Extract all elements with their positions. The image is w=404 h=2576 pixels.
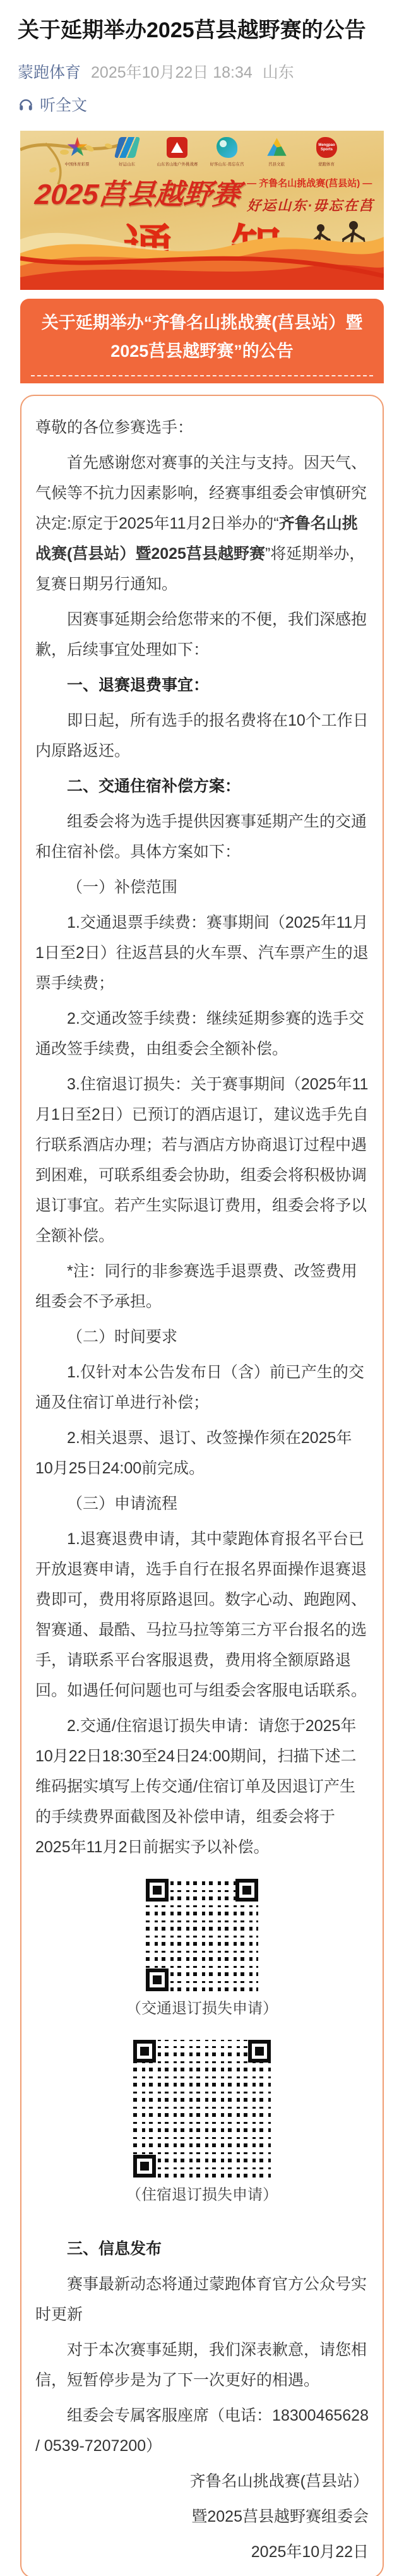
announcement-title-line1: 关于延期举办“齐鲁名山挑战赛(莒县站）暨 xyxy=(29,309,375,337)
article-title: 关于延期举办2025莒县越野赛的公告 xyxy=(18,15,386,46)
publish-location: 山东 xyxy=(263,60,294,83)
race-banner-image[interactable]: 中国体育彩票好运山东山东省山地户外挑战赛好客山东·毋忘在莒莒县文旅Mengpao… xyxy=(20,131,384,290)
announcement-header-box: 关于延期举办“齐鲁名山挑战赛(莒县站）暨 2025莒县越野赛”的公告 xyxy=(20,299,384,383)
banner-logo-caption: 好客山东·毋忘在莒 xyxy=(210,161,244,167)
headphones-icon xyxy=(18,96,34,112)
dashed-divider xyxy=(31,375,372,376)
qr-finder-bl xyxy=(146,1968,169,1991)
qr-finder-tl xyxy=(133,2040,156,2063)
article-paragraph: 2.交通/住宿退订损失申请：请您于2025年10月22日18:30至24日24:… xyxy=(35,1711,369,1862)
signature-line: 2025年10月22日 xyxy=(35,2537,369,2567)
banner-logo-caption: 莒县文旅 xyxy=(269,161,285,167)
banner-logo-caption: 山东省山地户外挑战赛 xyxy=(157,161,198,167)
qr-finder-tr xyxy=(248,2040,271,2063)
listen-label: 听全文 xyxy=(40,93,87,116)
article-paragraph: 1.仅针对本公告发布日（含）前已产生的交通及住宿订单进行补偿； xyxy=(35,1357,369,1418)
article-heading: 二、交通住宿补偿方案： xyxy=(35,771,369,801)
qr-finder-tr xyxy=(235,1879,258,1902)
article-paragraph: 即日起，所有选手的报名费将在10个工作日内原路返还。 xyxy=(35,705,369,766)
banner-logo-5: 莒县文旅 xyxy=(256,137,298,168)
article-heading: 一、退赛退费事宜： xyxy=(35,670,369,700)
article-paragraph: 1.退赛退费申请，其中蒙跑体育报名平台已开放退赛申请，选手自行在报名界面操作退赛… xyxy=(35,1524,369,1706)
article-paragraph: 对于本次赛事延期，我们深表歉意，请您相信，短暂停步是为了下一次更好的相遇。 xyxy=(35,2335,369,2395)
banner-logo-mark-5 xyxy=(266,137,287,158)
banner-logo-mark-3 xyxy=(167,137,187,158)
banner-logo-mark-1 xyxy=(67,137,88,158)
article-body: 尊敬的各位参赛选手：首先感谢您对赛事的关注与支持。因天气、气候等不抗力因素影响，… xyxy=(35,412,369,2567)
banner-logo-mark-4 xyxy=(217,137,237,158)
article-paragraph: 2.交通改签手续费：继续延期参赛的选手交通改签手续费，由组委会全额补偿。 xyxy=(35,1003,369,1064)
signature-line: 暨2025莒县越野赛组委会 xyxy=(35,2501,369,2532)
banner-logo-mark-6: Mengpao Sports xyxy=(316,137,337,158)
article-paragraph: *注：同行的非参赛选手退票费、改签费用组委会不予承担。 xyxy=(35,1256,369,1317)
qr-block-transport: （交通退订损失申请） xyxy=(35,1879,369,2023)
article-paragraph: 组委会将为选手提供因赛事延期产生的交通和住宿补偿。具体方案如下： xyxy=(35,806,369,867)
qr-code-hotel[interactable] xyxy=(133,2040,271,2178)
article-meta: 蒙跑体育 2025年10月22日 18:34 山东 xyxy=(18,60,386,83)
banner-logo-caption: 蒙跑体育 xyxy=(319,161,335,167)
wechat-article-page: 关于延期举办2025莒县越野赛的公告 蒙跑体育 2025年10月22日 18:3… xyxy=(0,0,404,2576)
qr-caption-hotel: （住宿退订损失申请） xyxy=(35,2181,369,2210)
publish-datetime: 2025年10月22日 18:34 xyxy=(91,60,252,83)
article-paragraph: 1.交通退票手续费：赛事期间（2025年11月1日至2日）往返莒县的火车票、汽车… xyxy=(35,908,369,998)
qr-finder-bl xyxy=(133,2155,156,2178)
banner-logo-caption: 中国体育彩票 xyxy=(65,161,90,167)
banner-series-subtitle: — 齐鲁名山挑战赛(莒县站) — xyxy=(247,176,374,189)
banner-logo-3: 山东省山地户外挑战赛 xyxy=(157,137,198,168)
banner-logo-4: 好客山东·毋忘在莒 xyxy=(206,137,248,168)
signature-line: 齐鲁名山挑战赛(莒县站） xyxy=(35,2466,369,2496)
qr-block-hotel: （住宿退订损失申请） xyxy=(35,2040,369,2210)
article-paragraph: 组委会专属客服座席（电话：18300465628 / 0539-7207200） xyxy=(35,2400,369,2461)
announcement-title-line2: 2025莒县越野赛”的公告 xyxy=(29,337,375,366)
banner-race-title: 2025莒县越野赛 xyxy=(33,171,242,212)
article-heading: 三、信息发布 xyxy=(35,2234,369,2264)
banner-logo-2: 好运山东 xyxy=(107,137,148,168)
listen-full-text-button[interactable]: 听全文 xyxy=(18,93,386,116)
banner-waves xyxy=(20,214,384,290)
banner-logo-1: 中国体育彩票 xyxy=(57,137,98,168)
qr-code-transport[interactable] xyxy=(146,1879,258,1991)
banner-logos: 中国体育彩票好运山东山东省山地户外挑战赛好客山东·毋忘在莒莒县文旅Mengpao… xyxy=(20,137,384,168)
announcement-body-card: 尊敬的各位参赛选手：首先感谢您对赛事的关注与支持。因天气、气候等不抗力因素影响，… xyxy=(20,395,384,2576)
qr-finder-tl xyxy=(146,1879,169,1902)
article-paragraph: （三）申请流程 xyxy=(35,1489,369,1519)
article-paragraph: （二）时间要求 xyxy=(35,1322,369,1352)
article-paragraph: 赛事最新动态将通过蒙跑体育官方公众号实时更新 xyxy=(35,2269,369,2330)
banner-logo-6: Mengpao Sports蒙跑体育 xyxy=(306,137,348,168)
article-paragraph: 因赛事延期会给您带来的不便，我们深感抱歉，后续事宜处理如下： xyxy=(35,604,369,665)
qr-caption-transport: （交通退订损失申请） xyxy=(35,1994,369,2023)
article-paragraph: 尊敬的各位参赛选手： xyxy=(35,412,369,443)
article-paragraph: 3.住宿退订损失：关于赛事期间（2025年11月1日至2日）已预订的酒店退订，建… xyxy=(35,1069,369,1251)
article-paragraph: 2.相关退票、退订、改签操作须在2025年10月25日24:00前完成。 xyxy=(35,1423,369,1483)
article-paragraph: （一）补偿范围 xyxy=(35,872,369,902)
banner-logo-caption: 好运山东 xyxy=(119,161,136,167)
banner-logo-mark-2 xyxy=(114,137,140,158)
account-link[interactable]: 蒙跑体育 xyxy=(18,60,81,83)
article-paragraph: 首先感谢您对赛事的关注与支持。因天气、气候等不抗力因素影响，经赛事组委会审慎研究… xyxy=(35,448,369,599)
